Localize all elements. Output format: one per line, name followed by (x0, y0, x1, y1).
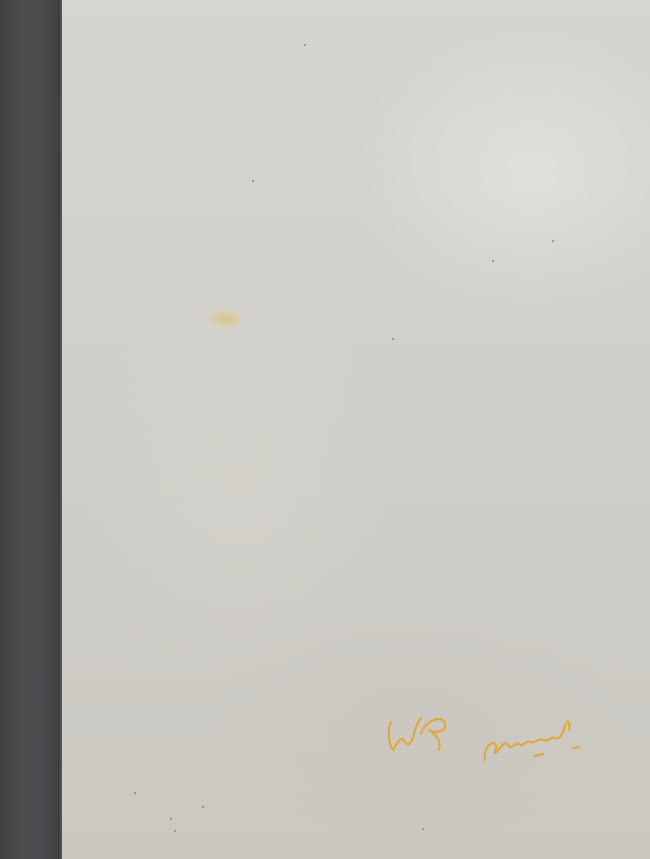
speck (392, 338, 394, 340)
speck (492, 260, 494, 262)
speck (174, 830, 176, 832)
speck (202, 806, 204, 808)
speck (552, 240, 554, 242)
speck (304, 44, 306, 46)
speck (422, 828, 424, 830)
book-cover-photo (0, 0, 650, 859)
speck (170, 818, 172, 820)
cover-board (62, 0, 650, 859)
signature-icon (385, 700, 595, 770)
speck (134, 792, 136, 794)
stain-mark (202, 308, 242, 330)
speck (252, 180, 254, 182)
handwritten-signature (385, 700, 595, 770)
book-spine (0, 0, 62, 859)
